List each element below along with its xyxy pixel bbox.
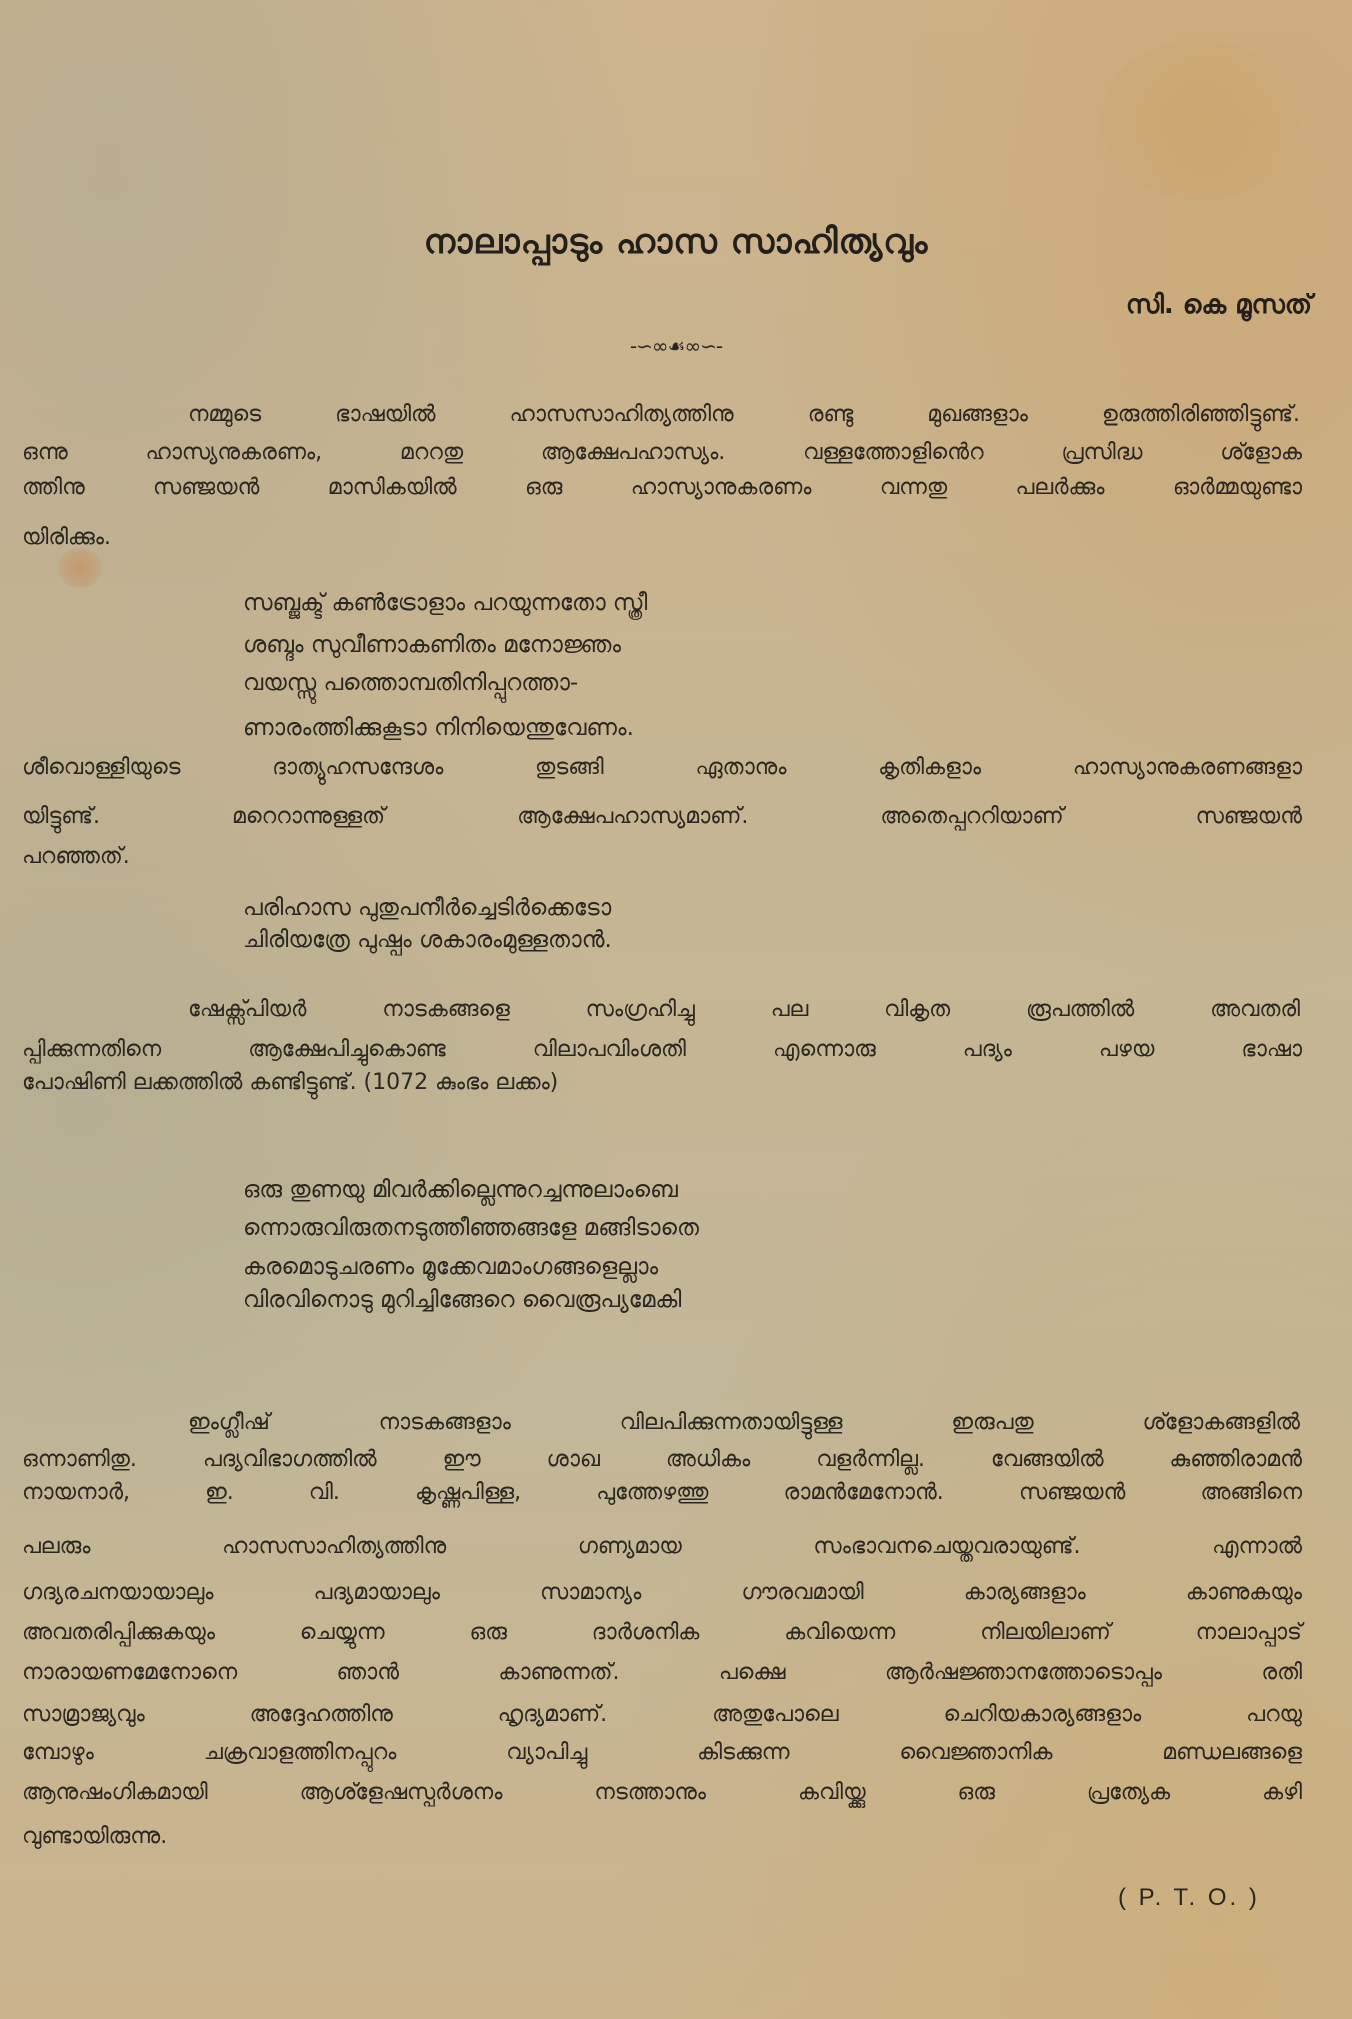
- verse-3-line: ന്നൊരുവിരുതനടുത്തീഞ്ഞങ്ങളേ മങ്ങിടാതെ: [243, 1214, 699, 1242]
- verse-1-line: ശബ്ദം സുവീണാകണിതം മനോജ്ഞം: [243, 631, 621, 659]
- paragraph-2-line: പറഞ്ഞത്.: [22, 843, 1302, 871]
- paragraph-4-line: ഗദ്യരചനയായാലും പദ്യമായാലും സാമാന്യം ഗൗരവ…: [22, 1579, 1302, 1607]
- scanned-document-page: നാലാപ്പാടും ഹാസ സാഹിത്യവും സി. കെ മൂസത് …: [0, 0, 1352, 2019]
- paragraph-2-line: ശീവൊള്ളിയുടെ ദാത്യുഹസന്ദേശം തുടങ്ങി ഏതാന…: [22, 754, 1302, 782]
- verse-1-line: വയസ്സു പത്തൊമ്പതിനിപ്പുറത്താ-: [243, 669, 578, 697]
- paragraph-4-line: അവതരിപ്പിക്കുകയും ചെയ്യുന്ന ഒരു ദാർശനിക …: [22, 1619, 1302, 1647]
- title-ornament: -∽∞☙∞∽-: [0, 334, 1352, 358]
- verse-1-line: സബ്ജക്ട് കൺട്രോളാം പറയുന്നതോ സ്ത്രീ: [243, 589, 647, 617]
- verse-2-line: പരിഹാസ പുതുപനീർച്ചെടിർക്കെടോ: [243, 894, 611, 922]
- verse-1-line: ണാരംത്തിക്കുകൂടാ നിനിയെന്തുവേണം.: [243, 714, 634, 742]
- verse-3-line: ഒരു തുണയു മിവർക്കില്ലെന്നുറച്ചന്നുലാംബെ: [243, 1176, 678, 1204]
- paragraph-4-line: ഇംഗ്ലീഷ് നാടകങ്ങളാം വിലപിക്കുന്നതായിട്ടു…: [188, 1409, 1300, 1437]
- verse-2-line: ചിരിയത്രേ പുഷ്പം ശകാരംമുള്ളതാൻ.: [243, 926, 612, 954]
- paragraph-4-line: സാമ്രാജ്യവും അദ്ദേഹത്തിനു ഹൃദ്യമാണ്. അതു…: [22, 1701, 1302, 1729]
- paragraph-4-line: ആനുഷംഗികമായി ആശ്ളേഷസ്പർശനം നടത്താനും കവി…: [22, 1779, 1302, 1807]
- paragraph-3-line: പോഷിണി ലക്കത്തിൽ കണ്ടിട്ടുണ്ട്. (1072 കു…: [22, 1069, 1302, 1097]
- paragraph-1-line: യിരിക്കും.: [22, 524, 1302, 552]
- paragraph-4-line: പലരും ഹാസസാഹിത്യത്തിനു ഗണ്യമായ സംഭാവനചെയ…: [22, 1533, 1302, 1561]
- paper-stain: [1100, 40, 1300, 200]
- paragraph-4-line: ഒന്നാണിതു. പദ്യവിഭാഗത്തിൽ ഈ ശാഖ അധികം വള…: [22, 1446, 1302, 1474]
- paragraph-4-line: മ്പോഴും ചക്രവാളത്തിനപ്പുറം വ്യാപിച്ചു കി…: [22, 1739, 1302, 1767]
- paragraph-3-line: ഷേക്സ്പിയർ നാടകങ്ങളെ സംഗ്രഹിച്ചു പല വികൃ…: [188, 996, 1300, 1024]
- verse-3-line: വിരവിനൊടു മുറിച്ചിങ്ങേറെ വൈരൂപ്യമേകി: [243, 1286, 681, 1314]
- paper-stain: [58, 548, 102, 588]
- paragraph-3-line: പ്പിക്കുന്നതിനെ ആക്ഷേപിച്ചുകൊണ്ട വിലാപവി…: [22, 1036, 1302, 1064]
- document-title: നാലാപ്പാടും ഹാസ സാഹിത്യവും: [0, 222, 1352, 262]
- paragraph-4-line: വുണ്ടായിരുന്നു.: [22, 1823, 1302, 1851]
- author-name: സി. കെ മൂസത്: [1126, 290, 1312, 321]
- paragraph-1-line: ഒന്നു ഹാസ്യനുകരണം, മററതു ആക്ഷേപഹാസ്യം. വ…: [22, 439, 1302, 467]
- please-turn-over-note: ( P. T. O. ): [1118, 1884, 1260, 1912]
- verse-3-line: കരമൊടുചരണം മൂക്കേവമാംഗങ്ങളെല്ലാം: [243, 1253, 658, 1281]
- paragraph-4-line: നാരായണമേനോനെ ഞാൻ കാണുന്നത്. പക്ഷെ ആർഷജ്ഞ…: [22, 1659, 1302, 1687]
- paragraph-2-line: യിട്ടുണ്ട്. മറെറാന്നുള്ളത് ആക്ഷേപഹാസ്യമാ…: [22, 803, 1302, 831]
- paragraph-1-line: ത്തിനു സഞ്ജയൻ മാസികയിൽ ഒരു ഹാസ്യാനുകരണം …: [22, 474, 1302, 502]
- paragraph-4-line: നായനാർ, ഇ. വി. കൃഷ്ണപിള്ള, പുത്തേഴത്തു ര…: [22, 1479, 1302, 1507]
- paragraph-1-line: നമ്മുടെ ഭാഷയിൽ ഹാസസാഹിത്യത്തിനു രണ്ടു മു…: [188, 401, 1300, 429]
